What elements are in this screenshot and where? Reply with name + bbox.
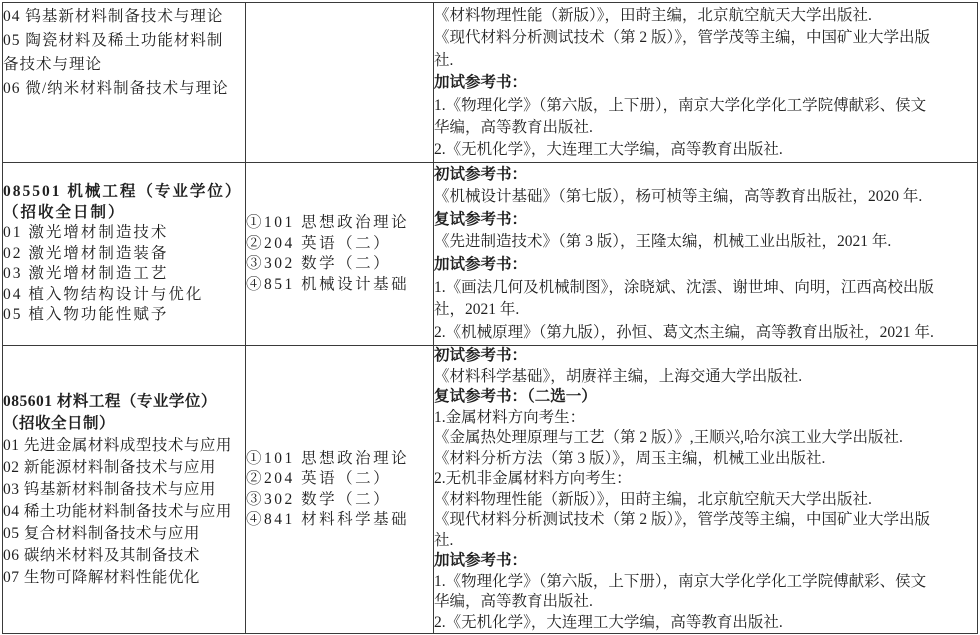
text-line: 05 陶瓷材料及稀土功能材料制 [3, 29, 245, 53]
text-line: ①101 思想政治理论 [246, 449, 433, 470]
text-line: ④851 机械设计基础 [246, 275, 433, 296]
text-line: 《材料科学基础》，胡赓祥主编，上海交通大学出版社. [434, 367, 977, 388]
text-line: 04 稀土功能材料制备技术与应用 [3, 501, 245, 523]
text-line: 02 新能源材料制备技术与应用 [3, 457, 245, 479]
text-line: 2.《无机化学》，大连理工大学编，高等教育出版社. [434, 139, 977, 161]
section-heading-line: 复试参考书： [434, 209, 977, 232]
text-line: ④841 材料科学基础 [246, 510, 433, 531]
text-line: 《材料物理性能（新版）》，田莳主编，北京航空航天大学出版社. [434, 5, 977, 27]
section-heading-line: 初试参考书： [434, 346, 977, 367]
admission-programs-table: 04 钨基新材料制备技术与理论05 陶瓷材料及稀土功能材料制备技术与理论06 微… [2, 2, 978, 634]
text-line: 1.金属材料方向考生： [434, 408, 977, 429]
text-line: 2.《无机化学》，大连理工大学编，高等教育出版社. [434, 613, 977, 634]
document-page: 04 钨基新材料制备技术与理论05 陶瓷材料及稀土功能材料制备技术与理论06 微… [0, 0, 980, 635]
program-row-085501: 085501 机械工程（专业学位）（招收全日制）01 激光增材制造技术02 激光… [3, 163, 978, 346]
program-directions-cell: 085601 材料工程（专业学位）（招收全日制）01 先进金属材料成型技术与应用… [3, 346, 246, 634]
text-line: 《材料分析方法（第 3 版）》，周玉主编，机械工业出版社. [434, 449, 977, 470]
text-line: 社. [434, 531, 977, 552]
section-heading-line: （招收全日制） [3, 203, 245, 224]
text-line: 1.《画法几何及机械制图》，涂晓斌、沈澐、谢世坤、向明，江西高校出版 [434, 277, 977, 300]
text-line: 备技术与理论 [3, 53, 245, 77]
text-line: 社，2021 年. [434, 299, 977, 322]
exam-subjects-cell: ①101 思想政治理论②204 英语（二）③302 数学（二）④841 材料科学… [246, 346, 434, 634]
text-line: 1.《物理化学》（第六版，上下册），南京大学化学化工学院傅献彩、侯文 [434, 95, 977, 117]
text-line: 03 钨基新材料制备技术与应用 [3, 479, 245, 501]
text-line: 02 激光增材制造装备 [3, 244, 245, 265]
text-line: 01 先进金属材料成型技术与应用 [3, 435, 245, 457]
section-heading-line: 085601 材料工程（专业学位） [3, 391, 245, 413]
text-line: 《材料物理性能（新版）》，田莳主编，北京航空航天大学出版社. [434, 490, 977, 511]
program-directions-cell: 04 钨基新材料制备技术与理论05 陶瓷材料及稀土功能材料制备技术与理论06 微… [3, 3, 246, 163]
text-line: 06 微/纳米材料制备技术与理论 [3, 77, 245, 101]
section-heading-line: 加试参考书： [434, 254, 977, 277]
text-line: ②204 英语（二） [246, 469, 433, 490]
section-heading-line: 复试参考书：（二选一） [434, 387, 977, 408]
text-line: 《先进制造技术》（第 3 版），王隆太编，机械工业出版社，2021 年. [434, 231, 977, 254]
text-line: 华编，高等教育出版社. [434, 592, 977, 613]
text-line: 社. [434, 50, 977, 72]
text-line: ②204 英语（二） [246, 234, 433, 255]
program-directions-cell: 085501 机械工程（专业学位）（招收全日制）01 激光增材制造技术02 激光… [3, 163, 246, 346]
reference-books-cell: 初试参考书：《材料科学基础》，胡赓祥主编，上海交通大学出版社.复试参考书：（二选… [434, 346, 978, 634]
text-line: ①101 思想政治理论 [246, 213, 433, 234]
reference-books-cell: 初试参考书：《机械设计基础》（第七版），杨可桢等主编，高等教育出版社，2020 … [434, 163, 978, 346]
text-line: 《现代材料分析测试技术（第 2 版）》，管学茂等主编，中国矿业大学出版 [434, 27, 977, 49]
program-row-085601: 085601 材料工程（专业学位）（招收全日制）01 先进金属材料成型技术与应用… [3, 346, 978, 634]
exam-subjects-cell: ①101 思想政治理论②204 英语（二）③302 数学（二）④851 机械设计… [246, 163, 434, 346]
text-line: 06 碳纳米材料及其制备技术 [3, 545, 245, 567]
text-line: 2.无机非金属材料方向考生： [434, 469, 977, 490]
text-line: 04 植入物结构设计与优化 [3, 285, 245, 306]
text-line: 03 激光增材制造工艺 [3, 264, 245, 285]
text-line: 《现代材料分析测试技术（第 2 版）》，管学茂等主编，中国矿业大学出版 [434, 510, 977, 531]
section-heading-line: 加试参考书： [434, 551, 977, 572]
text-line: 01 激光增材制造技术 [3, 223, 245, 244]
section-heading-line: 085501 机械工程（专业学位） [3, 182, 245, 203]
exam-subjects-cell [246, 3, 434, 163]
section-heading-line: （招收全日制） [3, 413, 245, 435]
text-line: 华编，高等教育出版社. [434, 117, 977, 139]
section-heading-line: 加试参考书： [434, 72, 977, 94]
text-line: ③302 数学（二） [246, 490, 433, 511]
section-heading-line: 初试参考书： [434, 164, 977, 187]
text-line: 2.《机械原理》（第九版），孙恒、葛文杰主编，高等教育出版社，2021 年. [434, 322, 977, 345]
text-line: 05 复合材料制备技术与应用 [3, 523, 245, 545]
text-line: 《机械设计基础》（第七版），杨可桢等主编，高等教育出版社，2020 年. [434, 186, 977, 209]
text-line: 《金属热处理原理与工艺（第 2 版）》,王顺兴,哈尔滨工业大学出版社. [434, 428, 977, 449]
text-line: 05 植入物功能性赋予 [3, 305, 245, 326]
program-row-continued: 04 钨基新材料制备技术与理论05 陶瓷材料及稀土功能材料制备技术与理论06 微… [3, 3, 978, 163]
text-line: 04 钨基新材料制备技术与理论 [3, 5, 245, 29]
text-line: ③302 数学（二） [246, 254, 433, 275]
reference-books-cell: 《材料物理性能（新版）》，田莳主编，北京航空航天大学出版社.《现代材料分析测试技… [434, 3, 978, 163]
text-line: 1.《物理化学》（第六版，上下册），南京大学化学化工学院傅献彩、侯文 [434, 572, 977, 593]
text-line: 07 生物可降解材料性能优化 [3, 567, 245, 589]
